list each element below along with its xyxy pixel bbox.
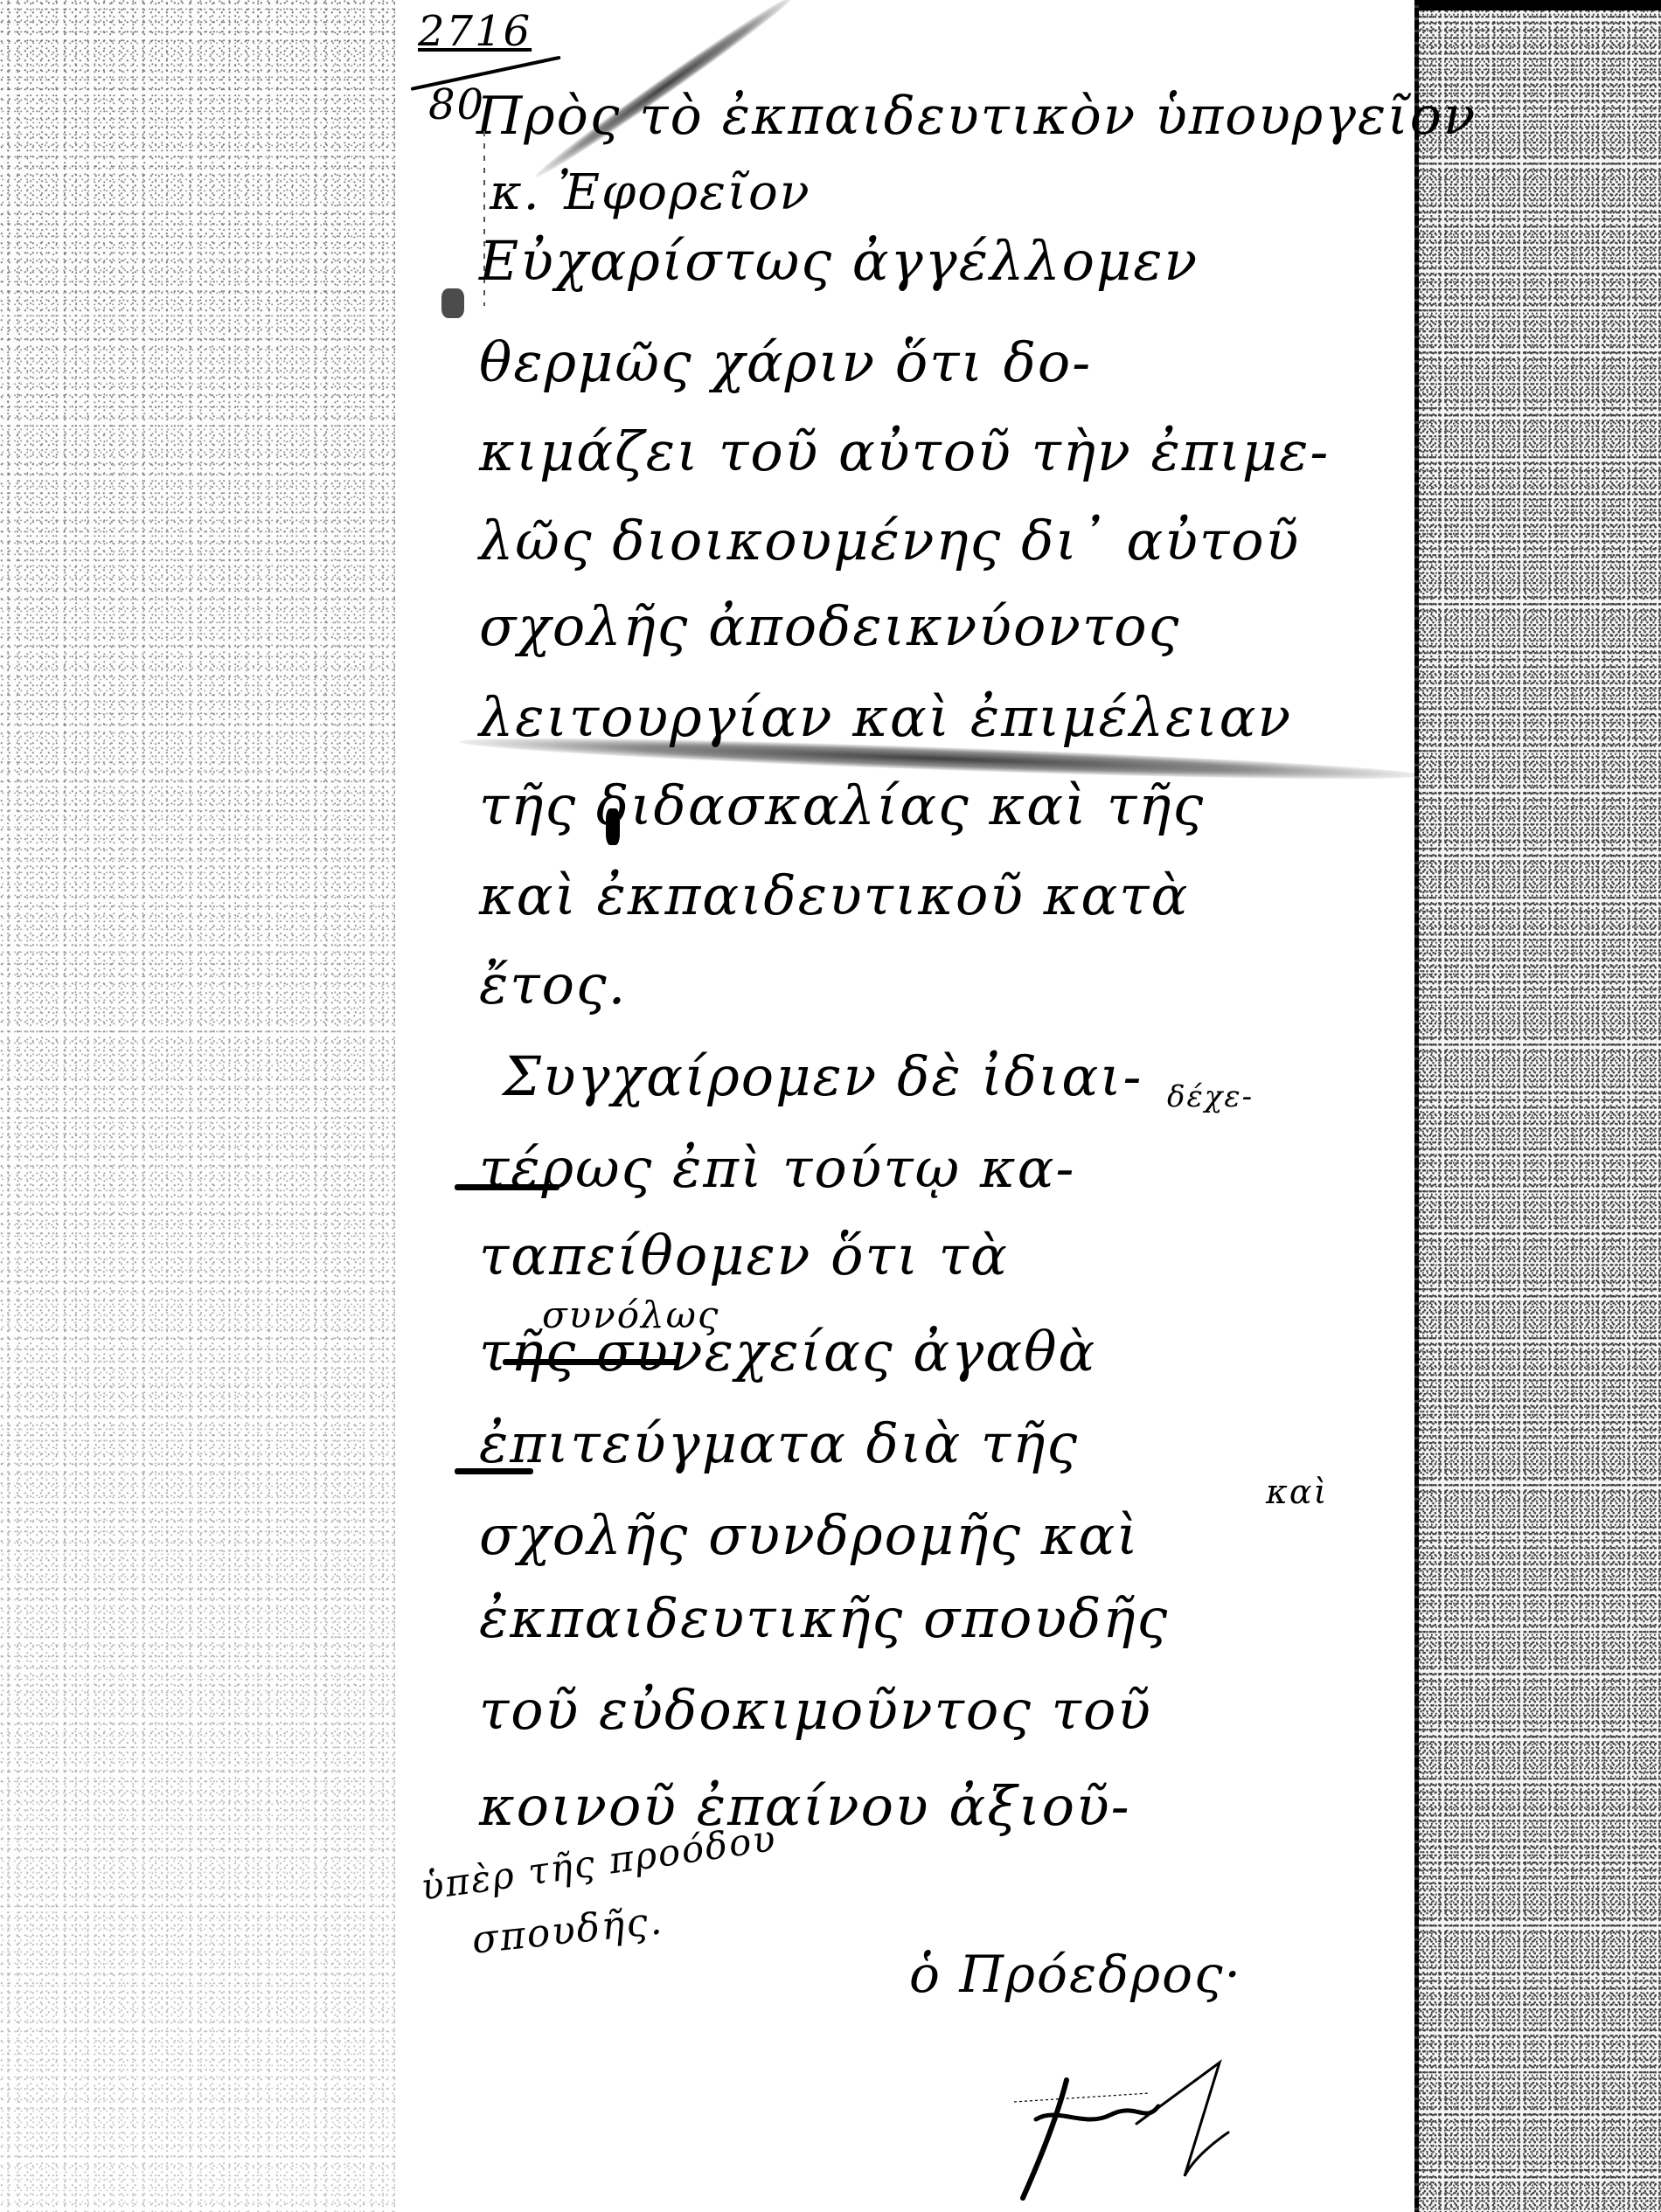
strikethrough — [455, 1468, 533, 1474]
body-line: Εὐχαρίστως ἀγγέλλομεν — [479, 229, 1199, 293]
page-edge — [1414, 0, 1419, 2212]
body-line: σχολῆς ἀποδεικνύοντος — [479, 594, 1180, 658]
body-line: ἔτος. — [479, 953, 627, 1016]
body-line: Συγχαίρομεν δὲ ἰδιαι- — [503, 1044, 1143, 1108]
body-line: καὶ ἐκπαιδευτικοῦ κατὰ — [479, 863, 1189, 927]
body-line: σχολῆς συνδρομῆς καὶ — [479, 1503, 1140, 1567]
ink-blot — [441, 288, 464, 318]
body-line: λῶς διοικουμένης δι᾽ αὐτοῦ — [479, 509, 1300, 572]
body-line: τῆς διδασκαλίας καὶ τῆς — [479, 773, 1205, 837]
strikethrough — [455, 1184, 559, 1190]
body-line: τοῦ εὐδοκιμοῦντος τοῦ — [479, 1678, 1152, 1742]
body-line: ταπείθομεν ὅτι τὰ — [479, 1224, 1009, 1287]
body-line: κοινοῦ ἐπαίνου ἀξιοῦ- — [479, 1774, 1131, 1838]
ink-blot-small — [606, 808, 620, 845]
heading-line-2: κ. Ἐφορεῖον — [490, 164, 811, 221]
folio-number: 2716 — [418, 7, 532, 56]
scan-background-left-fade — [0, 0, 395, 2212]
heading-line-1: Πρὸς τὸ ἐκπαιδευτικὸν ὑπουργεῖον — [476, 86, 1477, 147]
body-line: ἐπιτεύγματα διὰ τῆς — [479, 1411, 1079, 1475]
body-line: τέρως ἐπὶ τούτῳ κα- — [479, 1136, 1075, 1200]
scan-background-right — [1418, 0, 1661, 2212]
body-line: ἐκπαιδευτικῆς σπουδῆς — [479, 1586, 1169, 1650]
interlinear-correction: καὶ — [1266, 1473, 1328, 1511]
interlinear-correction: δέχε- — [1167, 1079, 1254, 1114]
strikethrough — [503, 1359, 678, 1365]
body-line: κιμάζει τοῦ αὐτοῦ τὴν ἐπιμε- — [479, 420, 1330, 483]
scan-border-top-right — [1418, 0, 1661, 10]
body-line: θερμῶς χάριν ὅτι δο- — [479, 330, 1092, 394]
signature — [1005, 2045, 1373, 2202]
interlinear-correction: συνόλως — [542, 1293, 719, 1336]
closing: ὁ Πρόεδρος· — [909, 1945, 1242, 2004]
